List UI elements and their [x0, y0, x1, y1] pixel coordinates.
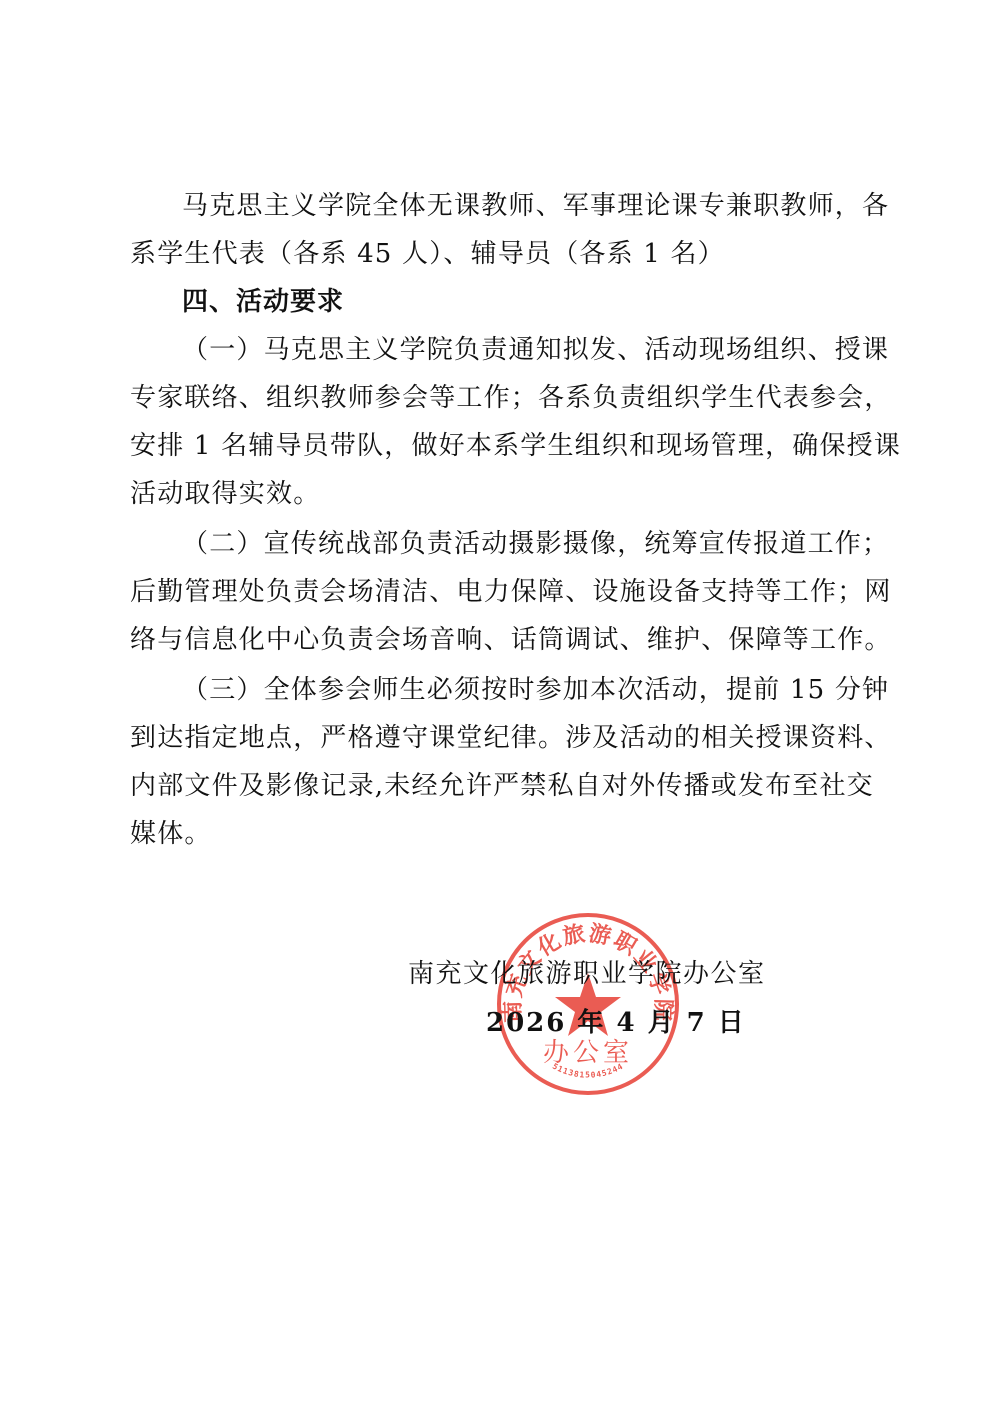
item3-line-2: 到达指定地点，严格遵守课堂纪律。涉及活动的相关授课资料、: [130, 722, 870, 754]
item3-line-3: 内部文件及影像记录,未经允许严禁私自对外传播或发布至社交: [130, 770, 870, 802]
section-heading-activity-requirements: 四、活动要求: [182, 286, 344, 318]
participants-line-2: 系学生代表（各系 45 人）、辅导员（各系 1 名）: [130, 238, 870, 270]
item1-line-1: （一）马克思主义学院负责通知拟发、活动现场组织、授课: [182, 334, 870, 366]
document-page: 马克思主义学院全体无课教师、军事理论课专兼职教师，各 系学生代表（各系 45 人…: [0, 0, 1000, 1415]
item2-line-1: （二）宣传统战部负责活动摄影摄像，统筹宣传报道工作；: [182, 528, 870, 560]
participants-line-1: 马克思主义学院全体无课教师、军事理论课专兼职教师，各: [182, 190, 870, 222]
item3-line-1: （三）全体参会师生必须按时参加本次活动，提前 15 分钟: [182, 674, 870, 706]
signature-date: 2026 年 4 月 7 日: [486, 1007, 746, 1039]
item1-line-4: 活动取得实效。: [130, 478, 870, 510]
item1-line-3: 安排 1 名辅导员带队，做好本系学生组织和现场管理，确保授课: [130, 430, 870, 462]
signature-office: 南充文化旅游职业学院办公室: [408, 958, 766, 990]
item2-line-3: 络与信息化中心负责会场音响、话筒调试、维护、保障等工作。: [130, 624, 870, 656]
item3-line-4: 媒体。: [130, 818, 870, 850]
item1-line-2: 专家联络、组织教师参会等工作；各系负责组织学生代表参会，: [130, 382, 870, 414]
item2-line-2: 后勤管理处负责会场清洁、电力保障、设施设备支持等工作；网: [130, 576, 870, 608]
official-seal: 南充文化旅游职业学院 办公室 5113815045244: [495, 911, 681, 1097]
